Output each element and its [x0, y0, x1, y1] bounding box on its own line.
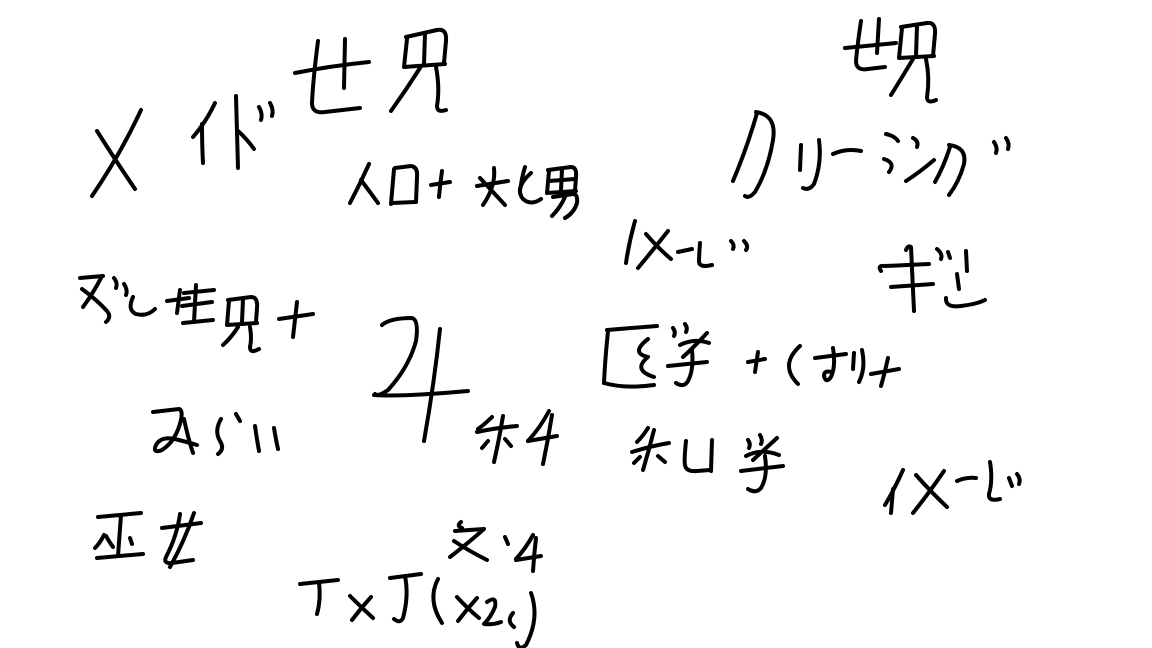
handwriting-word-world-right [845, 19, 936, 101]
drawing-canvas [0, 0, 1152, 648]
handwriting-word-mirai [153, 409, 278, 454]
handwriting-word-medicine-line [604, 324, 899, 387]
handwriting-word-image-2 [885, 462, 1020, 513]
handwriting-word-image-1 [626, 221, 747, 268]
handwriting-word-world-top [295, 30, 446, 113]
handwriting-word-science [632, 428, 783, 491]
handwriting-word-txt-formula [300, 574, 535, 648]
handwriting-word-cleaning [733, 112, 1009, 197]
ink-layer [0, 0, 1152, 648]
handwriting-word-gimi [880, 246, 985, 311]
handwriting-word-maid [92, 96, 273, 196]
handwriting-word-surgery [374, 318, 557, 464]
handwriting-word-population-line [350, 164, 577, 218]
handwriting-word-death-line [80, 276, 313, 351]
handwriting-word-culture [450, 522, 541, 571]
handwriting-word-miko [95, 513, 201, 567]
